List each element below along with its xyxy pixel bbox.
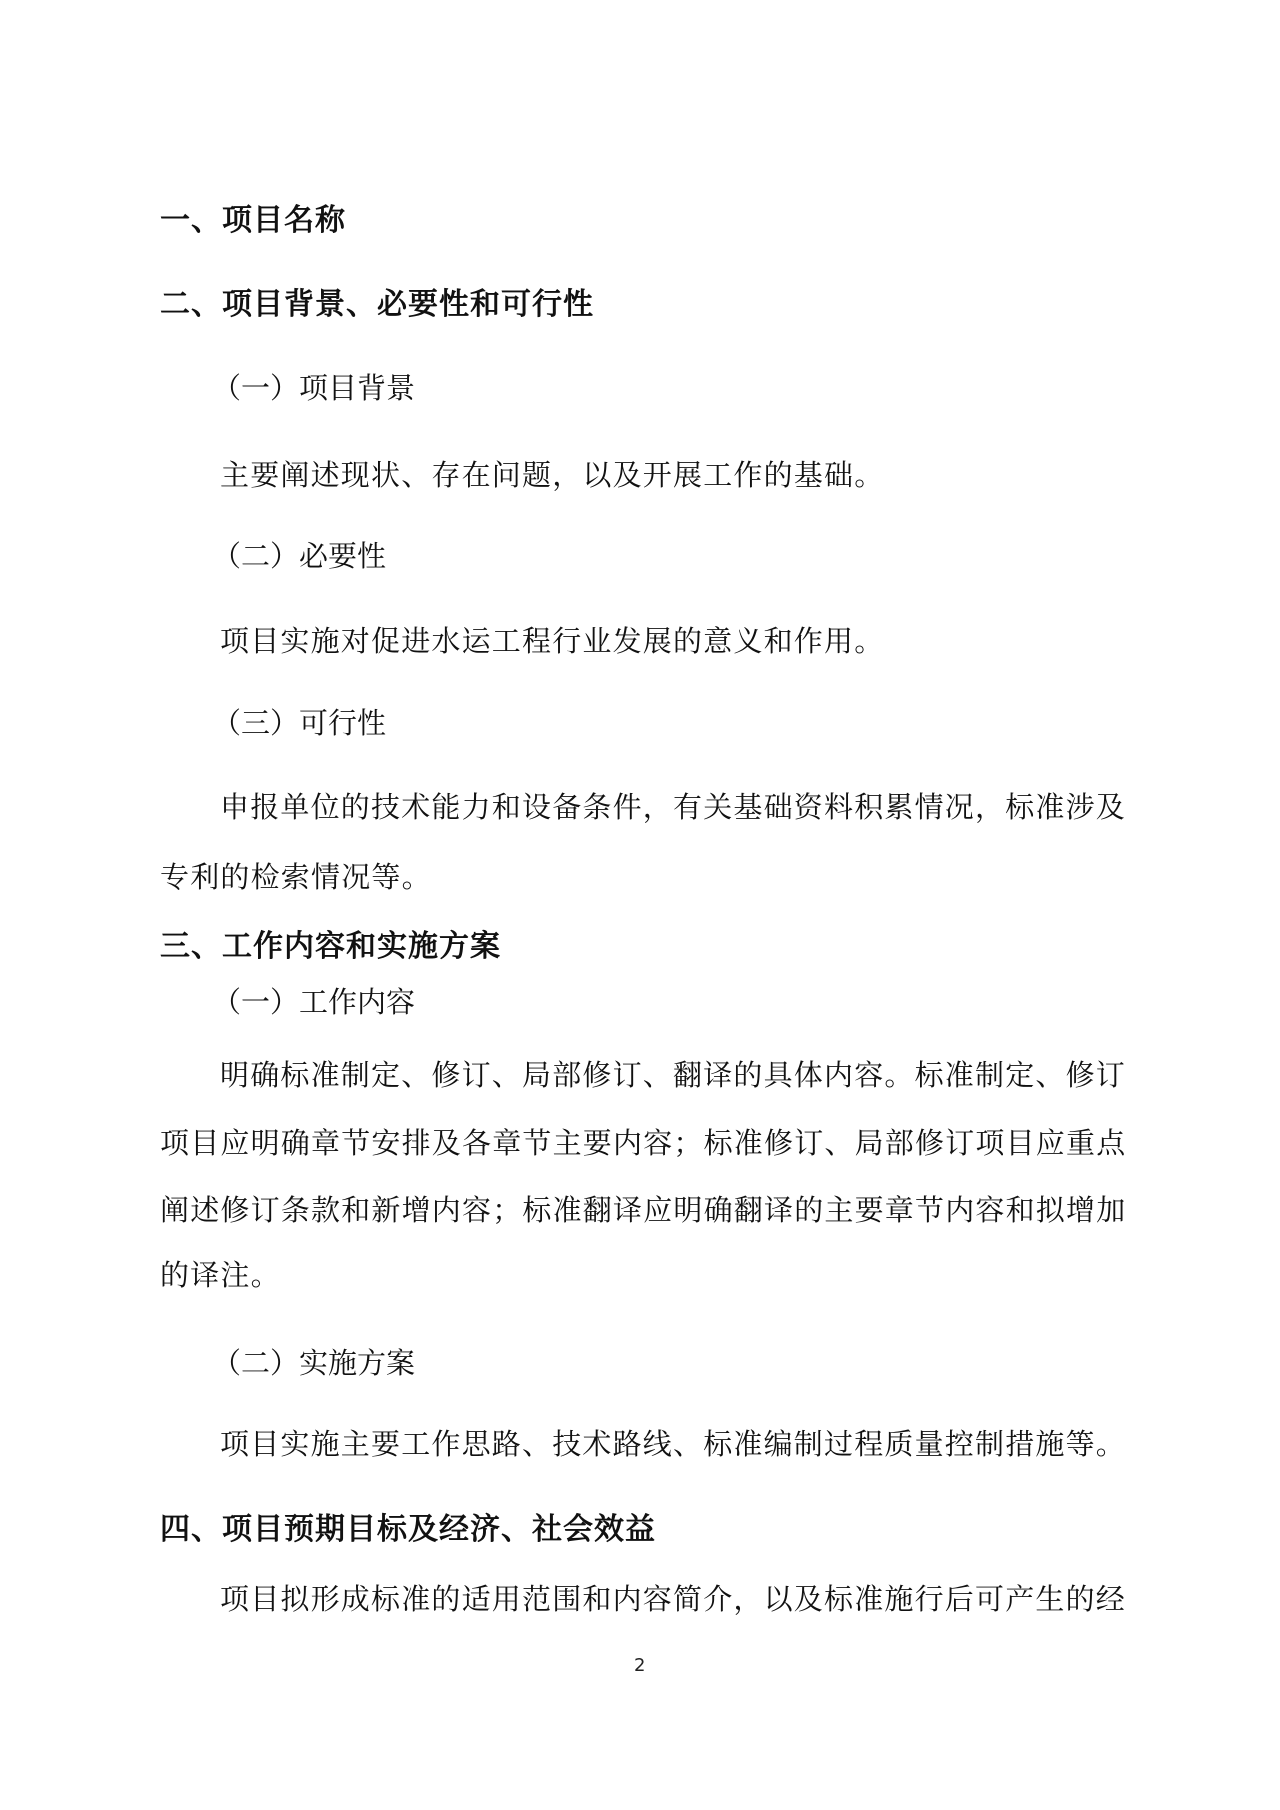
page-number: 2 xyxy=(634,1657,645,1675)
section-heading-3: 三、工作内容和实施方案 xyxy=(160,932,501,962)
subsection-heading-implementation-plan: （二）实施方案 xyxy=(212,1349,415,1378)
section-heading-4: 四、项目预期目标及经济、社会效益 xyxy=(160,1515,656,1545)
subsection-heading-background: （一）项目背景 xyxy=(212,374,415,403)
paragraph-line: 的译注。 xyxy=(160,1261,281,1290)
section-heading-1: 一、项目名称 xyxy=(160,206,346,236)
paragraph-line: 项目实施对促进水运工程行业发展的意义和作用。 xyxy=(220,627,884,656)
paragraph-line: 阐述修订条款和新增内容；标准翻译应明确翻译的主要章节内容和拟增加 xyxy=(160,1196,1126,1225)
paragraph-line: 主要阐述现状、存在问题，以及开展工作的基础。 xyxy=(220,461,884,490)
paragraph-line: 项目实施主要工作思路、技术路线、标准编制过程质量控制措施等。 xyxy=(220,1430,1126,1459)
paragraph-line: 项目拟形成标准的适用范围和内容简介，以及标准施行后可产生的经 xyxy=(220,1585,1126,1614)
subsection-heading-feasibility: （三）可行性 xyxy=(212,709,386,738)
subsection-heading-work-content: （一）工作内容 xyxy=(212,988,415,1017)
paragraph-line: 项目应明确章节安排及各章节主要内容；标准修订、局部修订项目应重点 xyxy=(160,1129,1126,1158)
subsection-heading-necessity: （二）必要性 xyxy=(212,542,386,571)
paragraph-line: 申报单位的技术能力和设备条件，有关基础资料积累情况，标准涉及 xyxy=(220,793,1126,822)
paragraph-line: 专利的检索情况等。 xyxy=(160,863,432,892)
section-heading-2: 二、项目背景、必要性和可行性 xyxy=(160,290,594,320)
paragraph-line: 明确标准制定、修订、局部修订、翻译的具体内容。标准制定、修订 xyxy=(220,1061,1126,1090)
